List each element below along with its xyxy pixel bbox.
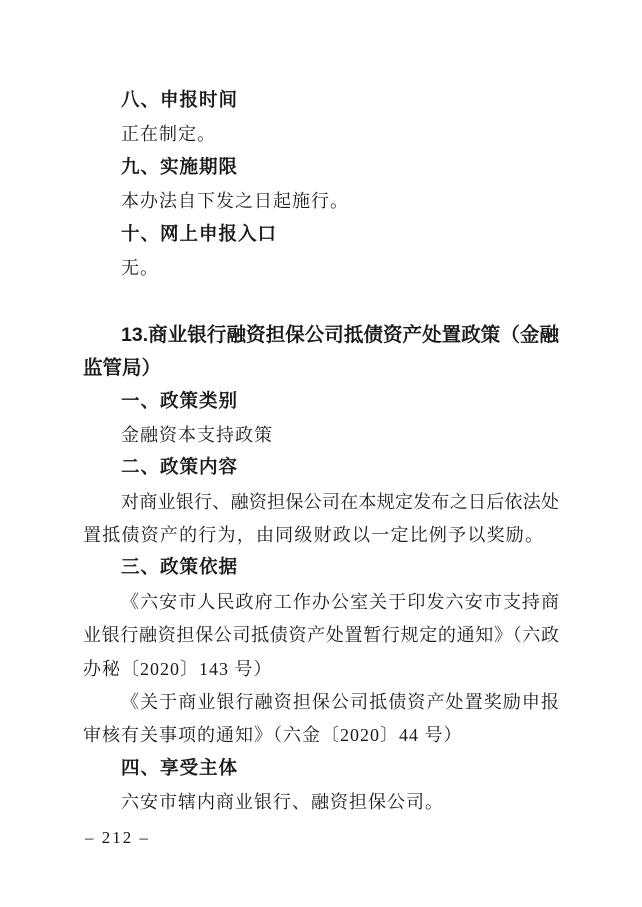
- paragraph-line: 《关于商业银行融资担保公司抵债资产处置奖励申报: [83, 686, 559, 719]
- paragraph-line: 业银行融资担保公司抵债资产处置暂行规定的通知》（六政: [83, 619, 559, 652]
- section-heading: 八、申报时间: [83, 85, 559, 118]
- section-heading: 十、网上申报入口: [83, 219, 559, 252]
- paragraph-line: 金融资本支持政策: [83, 419, 559, 452]
- paragraph-line: 《六安市人民政府工作办公室关于印发六安市支持商: [83, 586, 559, 619]
- paragraph-line: 置抵债资产的行为，由同级财政以一定比例予以奖励。: [83, 519, 543, 552]
- section-heading: 三、政策依据: [83, 552, 559, 585]
- section-heading: 一、政策类别: [83, 386, 559, 419]
- paragraph-line: 办秘〔2020〕143 号）: [83, 653, 559, 686]
- document-content: 八、申报时间正在制定。九、实施期限本办法自下发之日起施行。十、网上申报入口无。1…: [83, 85, 559, 820]
- section-heading: 九、实施期限: [83, 152, 559, 185]
- policy-title-line: 13.商业银行融资担保公司抵债资产处置政策（金融: [83, 319, 559, 352]
- blank-line: [83, 285, 559, 318]
- section-heading: 四、享受主体: [83, 753, 559, 786]
- document-page: 八、申报时间正在制定。九、实施期限本办法自下发之日起施行。十、网上申报入口无。1…: [0, 0, 642, 907]
- policy-title-line: 监管局）: [83, 352, 559, 385]
- paragraph-line: 正在制定。: [83, 118, 559, 151]
- page-number: – 212 –: [85, 828, 150, 848]
- paragraph-line: 本办法自下发之日起施行。: [83, 185, 559, 218]
- paragraph-line: 无。: [83, 252, 559, 285]
- paragraph-line: 对商业银行、融资担保公司在本规定发布之日后依法处: [83, 486, 559, 519]
- paragraph-line: 审核有关事项的通知》（六金〔2020〕44 号）: [83, 719, 559, 752]
- section-heading: 二、政策内容: [83, 452, 559, 485]
- paragraph-line: 六安市辖内商业银行、融资担保公司。: [83, 786, 559, 819]
